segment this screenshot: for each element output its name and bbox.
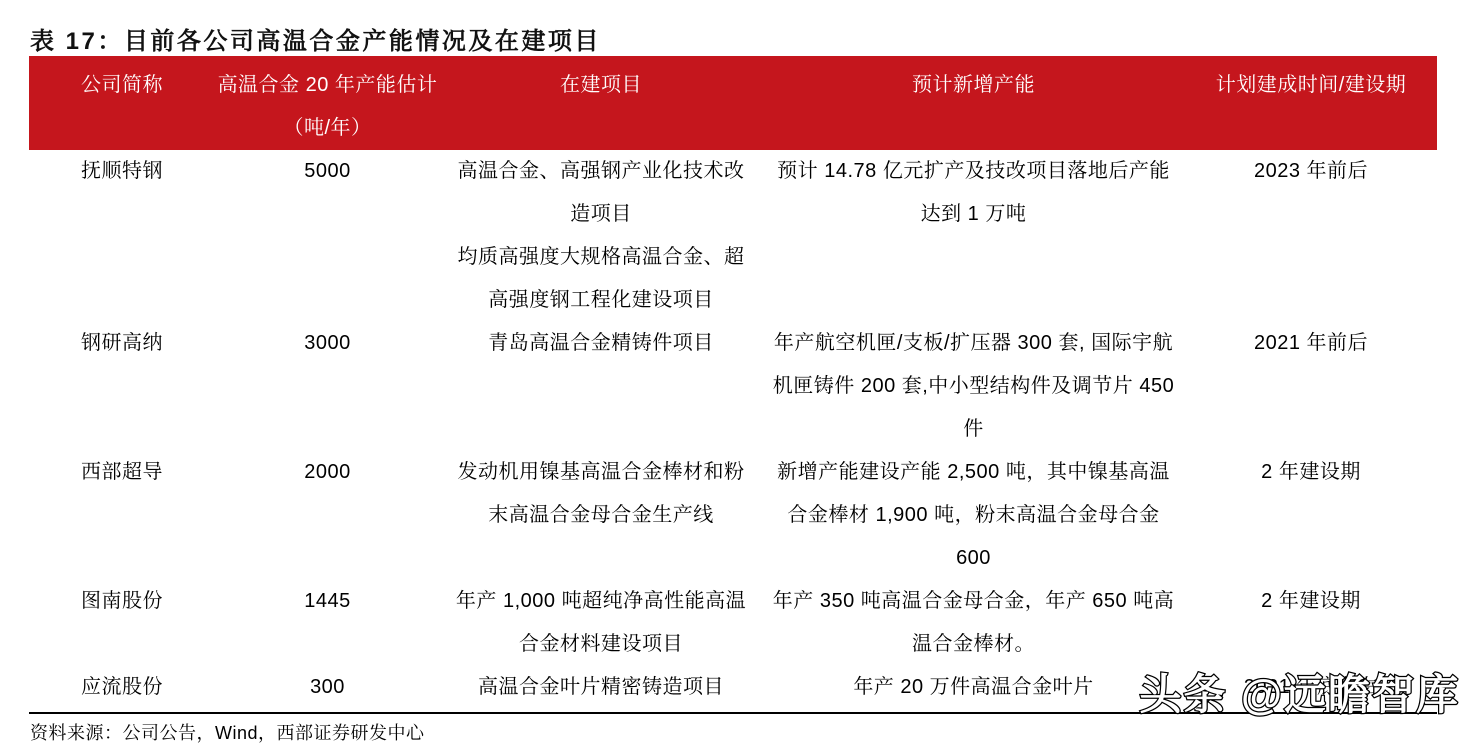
capacity-value: 300 [215, 666, 440, 712]
projects-cell: 年产 1,000 吨超纯净高性能高温 合金材料建设项目 [440, 580, 762, 666]
table-row: 抚顺特钢 5000 高温合金、高强钢产业化技术改 造项目 均质高强度大规格高温合… [29, 150, 1437, 322]
projects-cell: 青岛高温合金精铸件项目 [440, 322, 762, 451]
new-capacity-cell: 年产 20 万件高温合金叶片 [762, 666, 1185, 712]
header-capacity-2020: 高温合金 20 年产能估计 （吨/年） [215, 64, 440, 150]
new-capacity-cell: 年产航空机匣/支板/扩压器 300 套, 国际宇航 机匣铸件 200 套,中小型… [762, 322, 1185, 451]
capacity-value: 1445 [215, 580, 440, 666]
table-header-row: 公司简称 高温合金 20 年产能估计 （吨/年） 在建项目 预计新增产能 计划建… [29, 56, 1437, 150]
schedule-cell: 2 年建设期 [1185, 451, 1437, 580]
table-title: 表 17：目前各公司高温合金产能情况及在建项目 [30, 21, 601, 56]
schedule-cell: 2023 年前后 [1185, 150, 1437, 322]
new-capacity-cell: 新增产能建设产能 2,500 吨，其中镍基高温 合金棒材 1,900 吨，粉末高… [762, 451, 1185, 580]
capacity-table: 公司简称 高温合金 20 年产能估计 （吨/年） 在建项目 预计新增产能 计划建… [29, 56, 1437, 714]
data-source-note: 资料来源：公司公告，Wind，西部证券研发中心 [30, 719, 425, 745]
company-name: 钢研高纳 [29, 322, 215, 451]
company-name: 图南股份 [29, 580, 215, 666]
capacity-value: 3000 [215, 322, 440, 451]
table-row: 图南股份 1445 年产 1,000 吨超纯净高性能高温 合金材料建设项目 年产… [29, 580, 1437, 666]
header-company: 公司简称 [29, 64, 215, 150]
projects-cell: 发动机用镍基高温合金棒材和粉 末高温合金母合金生产线 [440, 451, 762, 580]
company-name: 西部超导 [29, 451, 215, 580]
toutiao-watermark: 头条 @远瞻智库 [1139, 662, 1460, 722]
schedule-cell: 2 年建设期 [1185, 580, 1437, 666]
table-row: 西部超导 2000 发动机用镍基高温合金棒材和粉 末高温合金母合金生产线 新增产… [29, 451, 1437, 580]
capacity-value: 5000 [215, 150, 440, 322]
company-name: 应流股份 [29, 666, 215, 712]
header-projects: 在建项目 [440, 64, 762, 150]
company-name: 抚顺特钢 [29, 150, 215, 322]
capacity-value: 2000 [215, 451, 440, 580]
new-capacity-cell: 年产 350 吨高温合金母合金，年产 650 吨高 温合金棒材。 [762, 580, 1185, 666]
new-capacity-cell: 预计 14.78 亿元扩产及技改项目落地后产能 达到 1 万吨 [762, 150, 1185, 322]
schedule-cell: 2021 年前后 [1185, 322, 1437, 451]
projects-cell: 高温合金、高强钢产业化技术改 造项目 均质高强度大规格高温合金、超 高强度钢工程… [440, 150, 762, 322]
projects-cell: 高温合金叶片精密铸造项目 [440, 666, 762, 712]
header-schedule: 计划建成时间/建设期 [1185, 64, 1437, 150]
table-row: 钢研高纳 3000 青岛高温合金精铸件项目 年产航空机匣/支板/扩压器 300 … [29, 322, 1437, 451]
header-expected-new-capacity: 预计新增产能 [762, 64, 1185, 150]
